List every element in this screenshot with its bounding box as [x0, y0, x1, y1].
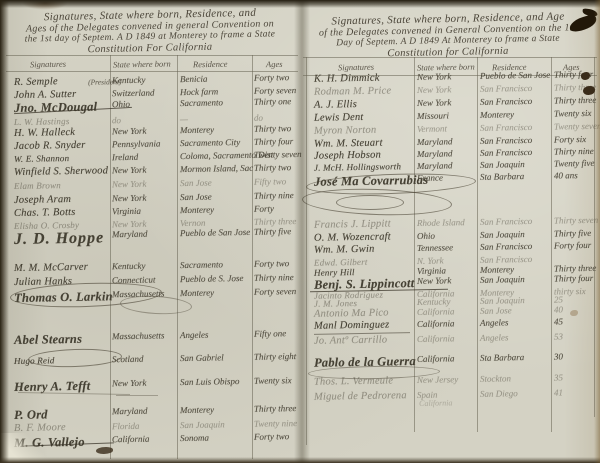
- birth-state: New York: [417, 84, 452, 95]
- birth-state: California: [417, 333, 455, 344]
- birth-state: Maryland: [417, 160, 453, 171]
- signature-name: K. H. Dimmick: [314, 73, 380, 85]
- birth-state: New York: [417, 97, 452, 108]
- age: Thirty seven: [554, 215, 598, 226]
- residence: San Francisco: [480, 241, 532, 252]
- age: Twenty six: [554, 108, 592, 119]
- residence: Angeles: [480, 317, 509, 327]
- age: Thirty nine: [554, 146, 594, 157]
- manuscript-sheet: Signatures, State where born, Residence,…: [0, 0, 600, 463]
- signature-name: J. McH. Hollingsworth: [314, 161, 401, 173]
- birth-state: New York: [417, 71, 452, 82]
- signature-name: Joseph Hobson: [314, 150, 381, 162]
- signature-name: Lewis Dent: [314, 112, 364, 124]
- signature-name: Antonio Ma Pico: [314, 307, 389, 319]
- residence: San Joaquin: [480, 229, 525, 240]
- photo-edge: [0, 0, 9, 463]
- birth-state: Tennessee: [417, 242, 453, 253]
- birth-state: Ohio: [417, 231, 435, 241]
- age: Forty six: [554, 134, 586, 145]
- age: Twenty five: [554, 158, 595, 169]
- birth-state: Rhode Island: [417, 217, 465, 228]
- birth-state: California: [417, 306, 455, 317]
- residence: San Francisco: [480, 83, 532, 94]
- birth-state: Virginia: [417, 265, 446, 276]
- residence: San Jose: [480, 305, 512, 316]
- residence: Pueblo de San Jose: [480, 70, 550, 81]
- age: Thirty three: [554, 95, 597, 106]
- residence: San Diego: [480, 388, 518, 399]
- age: 30: [554, 351, 563, 361]
- signature-name: Miguel de Pedrorena: [314, 390, 407, 403]
- age: 40: [554, 304, 563, 314]
- age: 40 ans: [554, 170, 578, 180]
- residence: Sta Barbara: [480, 352, 524, 363]
- residence: Sta Barbara: [480, 171, 524, 182]
- signature-name: Wm. M. Steuart: [314, 138, 383, 150]
- signature-name: Jo. Antº Carrillo: [314, 334, 387, 346]
- residence: San Francisco: [480, 122, 532, 133]
- residence: Stockton: [480, 373, 511, 384]
- birth-state-secondary: California: [419, 398, 452, 408]
- age: 53: [554, 331, 563, 341]
- age: 35: [554, 372, 563, 382]
- age: Thirty five: [554, 228, 591, 239]
- residence: San Joaquin: [480, 274, 525, 285]
- age: 45: [554, 316, 563, 326]
- photo-edge: [0, 0, 600, 8]
- photo-edge: [0, 457, 600, 463]
- residence: Angeles: [480, 332, 509, 342]
- birth-state: N. York: [417, 255, 444, 265]
- signature-name: Manl Dominguez: [314, 319, 390, 331]
- residence: San Joaquin: [480, 159, 525, 170]
- faint-scribble: [116, 395, 158, 396]
- birth-state: California: [417, 318, 455, 329]
- birth-state: Missouri: [417, 110, 449, 121]
- birth-state: Kentucky: [417, 296, 451, 307]
- flourish-oval-covarrubias: [336, 195, 404, 210]
- age: 25: [554, 294, 563, 304]
- birth-state: California: [417, 353, 455, 364]
- residence: San Francisco: [480, 216, 532, 227]
- age: Forty four: [554, 240, 591, 251]
- birth-state: Maryland: [417, 148, 453, 159]
- signature-name: Myron Norton: [314, 125, 377, 137]
- birth-state: New York: [417, 275, 452, 286]
- residence: Monterey: [480, 109, 514, 120]
- signature-name: Rodman M. Price: [314, 85, 392, 97]
- residence: San Francisco: [480, 96, 532, 107]
- signature-name: A. J. Ellis: [314, 99, 357, 111]
- signature-name: Wm. M. Gwin: [314, 244, 375, 256]
- age: 41: [554, 387, 563, 397]
- birth-state: Vermont: [417, 123, 447, 134]
- residence: Monterey: [480, 264, 514, 275]
- signature-name: Francis J. Lippitt: [314, 218, 391, 230]
- residence: San Francisco: [480, 135, 532, 146]
- photo-edge: [594, 0, 600, 463]
- birth-state: Maryland: [417, 136, 453, 147]
- age: Thirty four: [554, 273, 593, 284]
- signature-name: O. M. Wozencraft: [314, 231, 391, 243]
- residence: San Francisco: [480, 147, 532, 158]
